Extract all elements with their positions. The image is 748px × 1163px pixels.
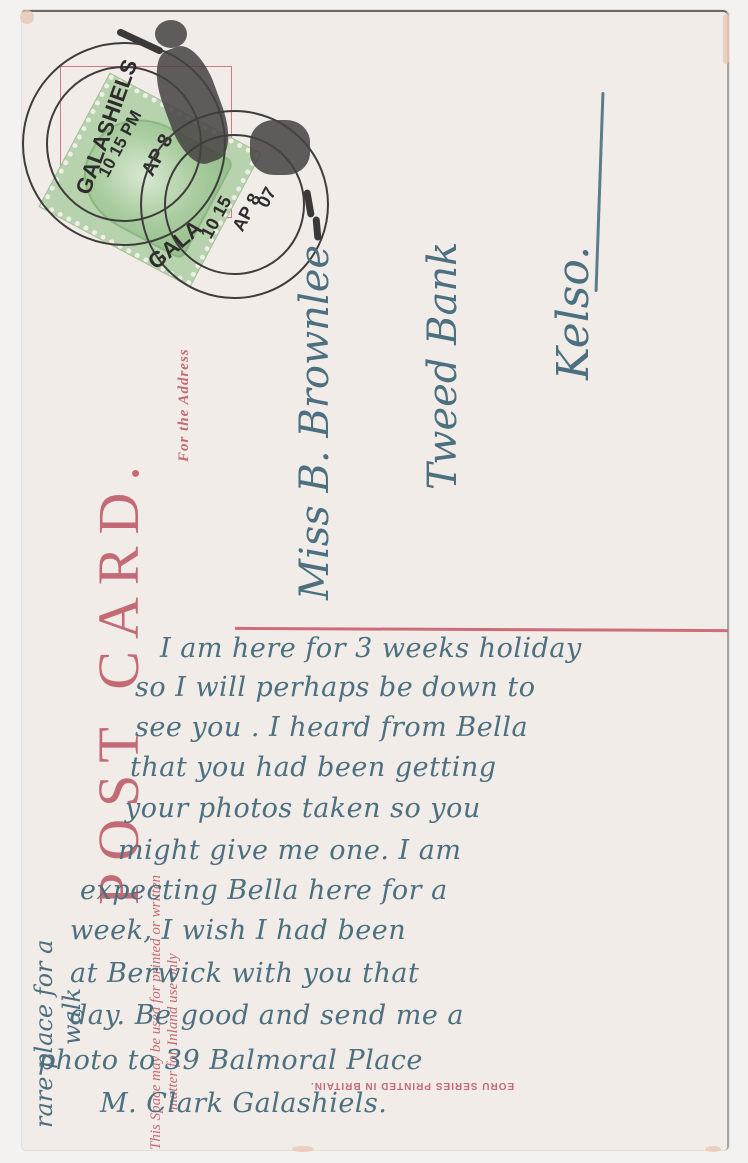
message-line: day. Be good and send me a	[70, 1000, 464, 1031]
message-line: so I will perhaps be down to	[135, 672, 536, 703]
ink-smudge	[250, 120, 310, 175]
edge-wear	[723, 14, 729, 64]
corner-wear	[20, 10, 34, 24]
message-signature-line: M. Clark Galashiels.	[100, 1088, 387, 1119]
address-label: For the Address	[176, 348, 193, 462]
message-line: at Berwick with you that	[70, 958, 419, 989]
message-line: expecting Bella here for a	[80, 875, 448, 906]
edge-wear	[292, 1146, 314, 1152]
message-line: your photos taken so you	[125, 793, 481, 824]
message-line: that you had been getting	[130, 752, 497, 783]
address-town: Kelso.	[548, 246, 599, 380]
ink-smudge	[155, 20, 187, 48]
message-line: photo to 39 Balmoral Place	[38, 1045, 423, 1076]
margin-note-line2: walk	[58, 988, 86, 1045]
address-street: Tweed Bank	[420, 242, 466, 490]
message-line: I am here for 3 weeks holiday	[160, 633, 582, 664]
edge-wear	[705, 1146, 721, 1152]
message-line: week, I wish I had been	[70, 915, 406, 946]
message-line: see you . I heard from Bella	[135, 712, 528, 743]
message-line: might give me one. I am	[118, 835, 461, 866]
margin-note-line1: rare place for a	[30, 940, 58, 1128]
address-name: Miss B. Brownlee	[292, 245, 338, 600]
